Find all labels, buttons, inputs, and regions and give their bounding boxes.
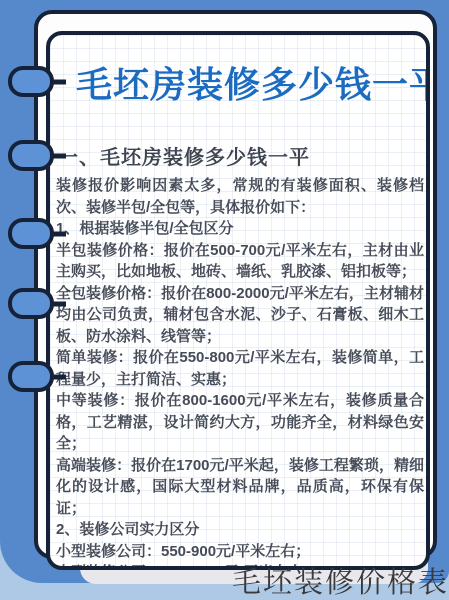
section-heading: 一、毛坯房装修多少钱一平	[58, 141, 310, 170]
binder-ring-icon	[8, 140, 54, 171]
binder-ring-icon	[8, 218, 54, 249]
body-paragraph: 小型装修公司：550-900元/平米左右；	[56, 541, 424, 563]
body-paragraph: 半包装修价格：报价在500-700元/平米左右，主材由业主购买，比如地板、地砖、…	[56, 240, 424, 283]
binder-ring-icon	[8, 288, 54, 319]
front-page: 毛坯房装修多少钱一平 一、毛坯房装修多少钱一平 装修报价影响因素太多，常规的有装…	[46, 31, 430, 570]
body-text: 装修报价影响因素太多，常规的有装修面积、装修档次、装修半包/全包等，具体报价如下…	[56, 175, 424, 570]
poster-title: 毛坯房装修多少钱一平	[76, 57, 430, 108]
body-paragraph: 中等装修：报价在800-1600元/平米左右，装修质量合格，工艺精湛，设计简约大…	[56, 390, 424, 455]
poster: 毛坯房装修多少钱一平 一、毛坯房装修多少钱一平 装修报价影响因素太多，常规的有装…	[0, 0, 449, 600]
body-paragraph: 1、根据装修半包/全包区分	[56, 218, 424, 240]
binder-ring-icon	[8, 66, 54, 97]
body-paragraph: 装修报价影响因素太多，常规的有装修面积、装修档次、装修半包/全包等，具体报价如下…	[56, 175, 424, 218]
body-paragraph: 简单装修：报价在550-800元/平米左右，装修简单，工程量少，主打简洁、实惠；	[56, 347, 424, 390]
binder-ring-icon	[8, 361, 54, 392]
body-paragraph: 全包装修价格：报价在800-2000元/平米左右，主材辅材均由公司负责，辅材包含…	[56, 283, 424, 348]
body-paragraph: 高端装修：报价在1700元/平米起，装修工程繁琐，精细化的设计感，国际大型材料品…	[56, 455, 424, 520]
watermark-caption: 毛坯装修价格表	[232, 560, 449, 600]
body-paragraph: 2、装修公司实力区分	[56, 519, 424, 541]
